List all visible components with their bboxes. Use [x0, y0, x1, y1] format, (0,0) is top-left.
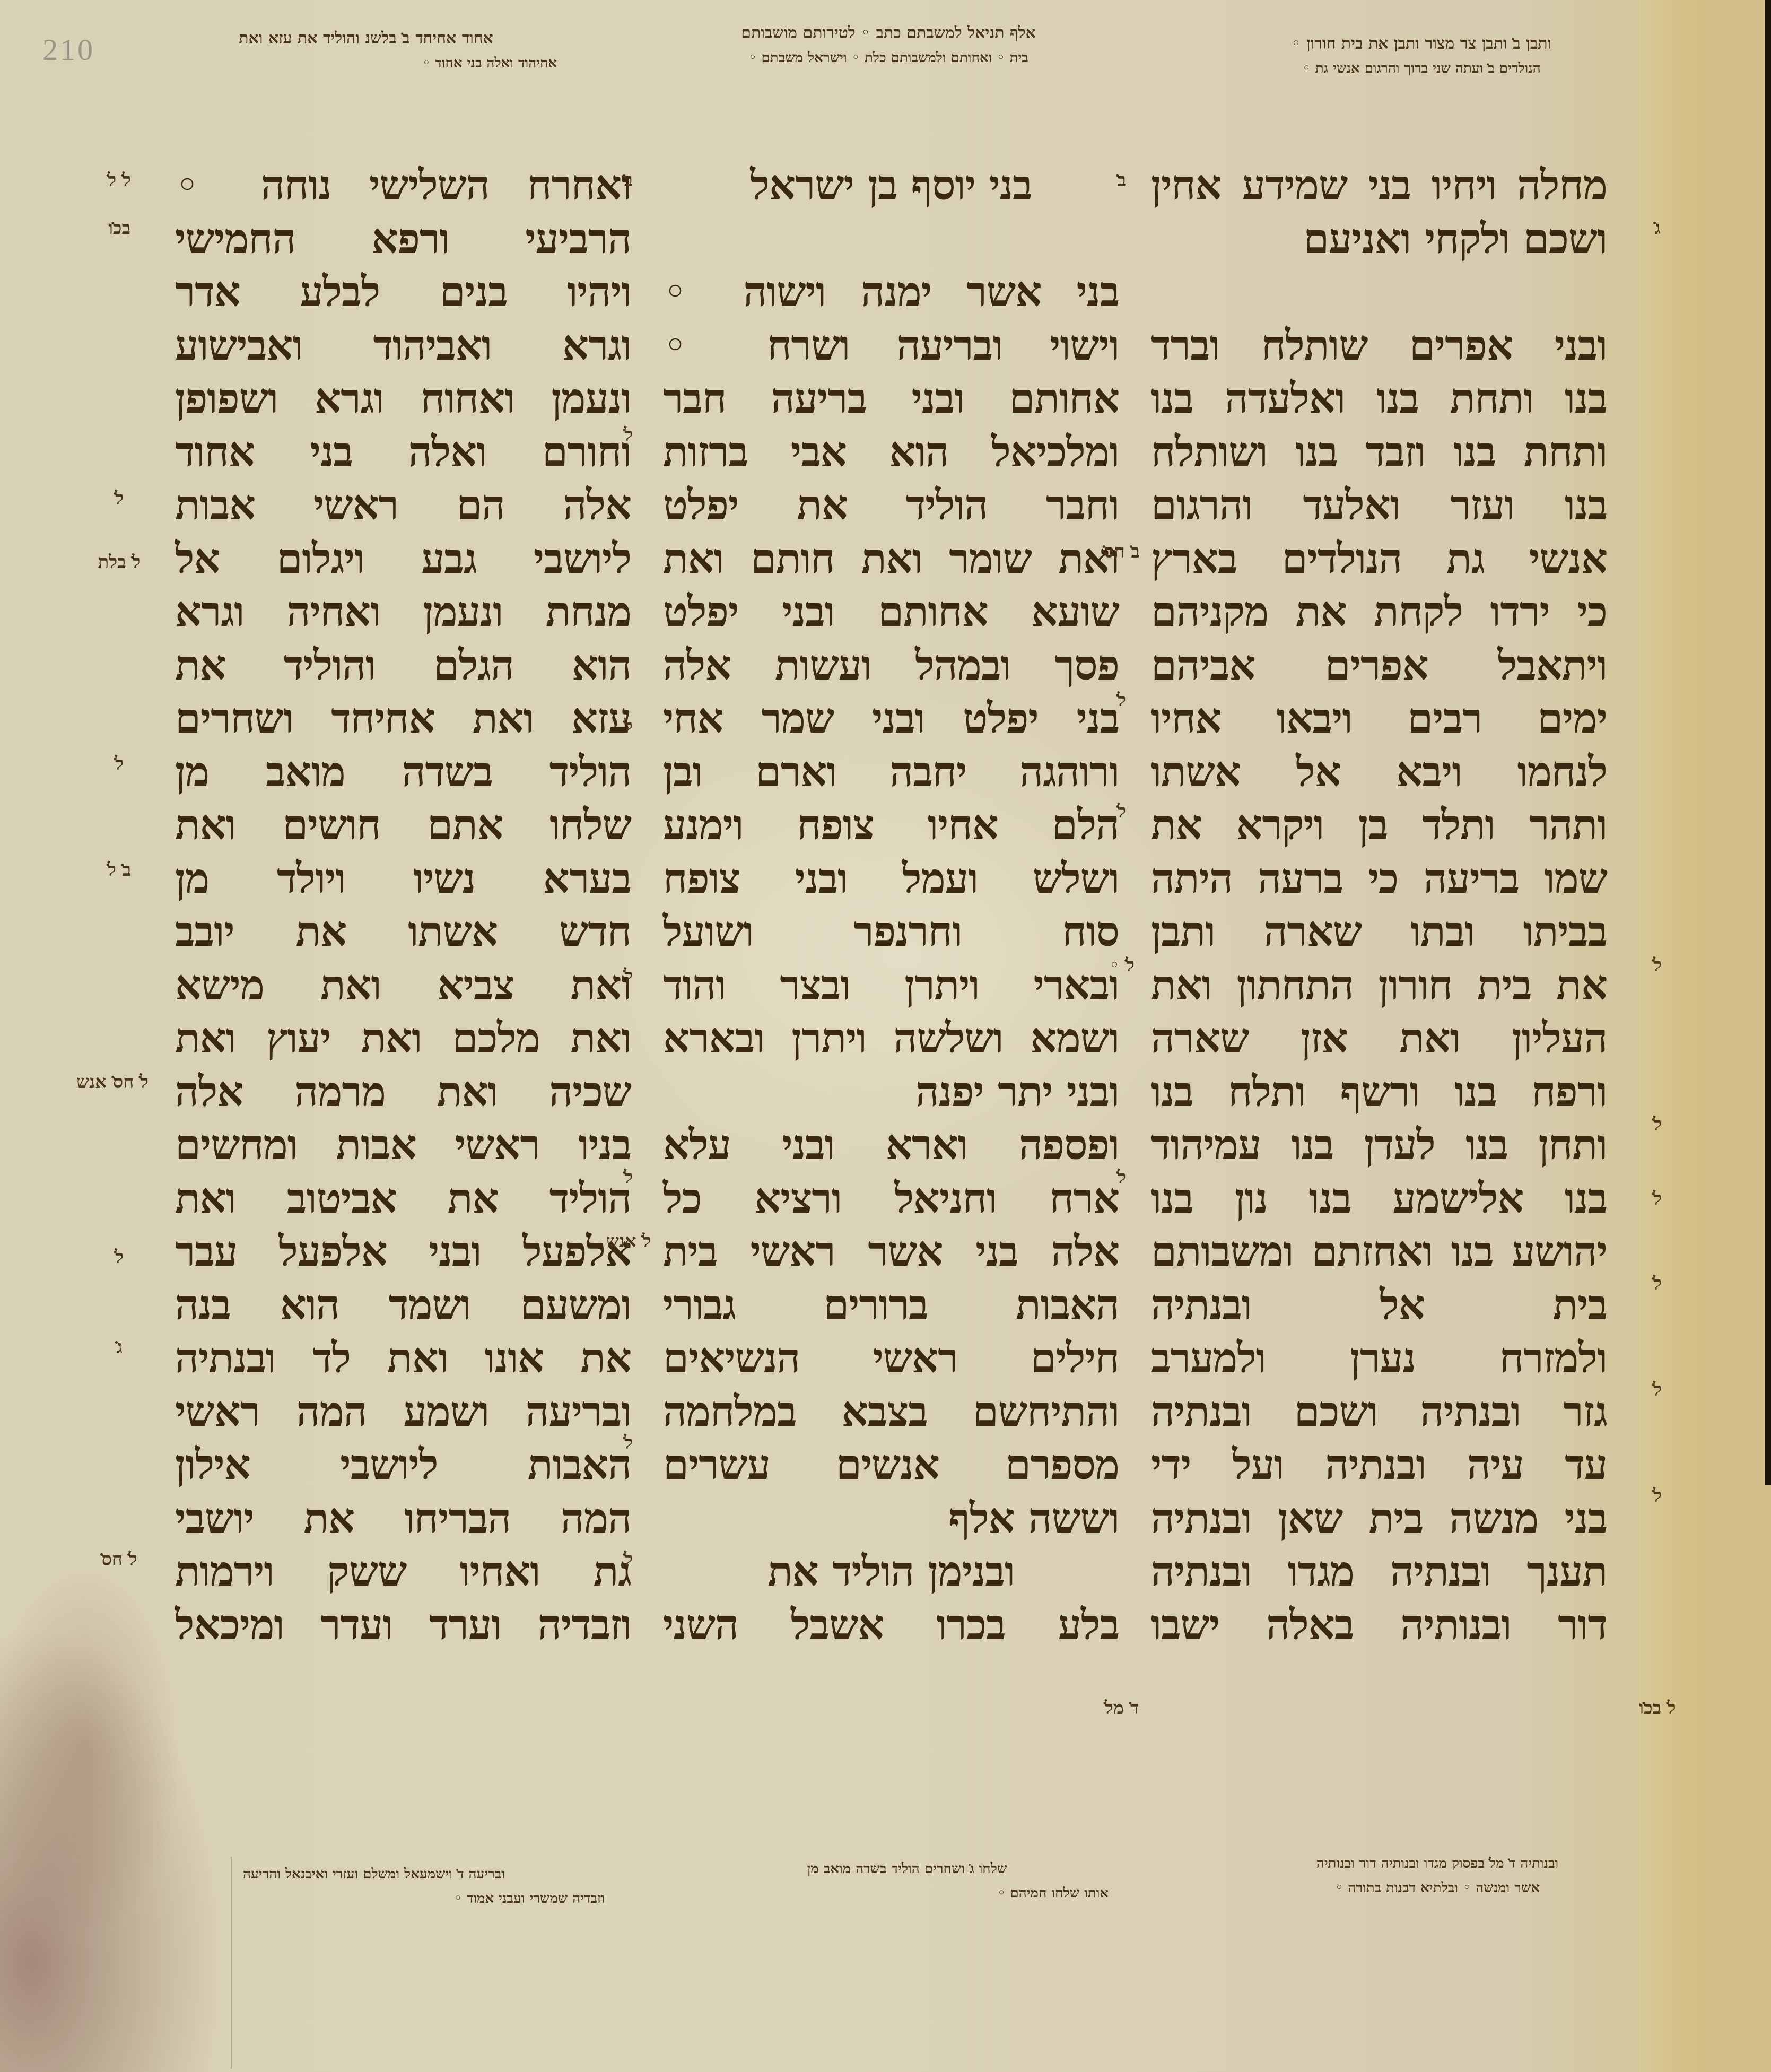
text-line: ומלכיאל הוא אבי ברזות	[663, 426, 1119, 480]
masorah-line: אחוד אחיחד ב̇ בלשנ והוליד את עזא ואת	[175, 27, 557, 51]
margin-note: ב̇	[599, 170, 658, 191]
text-line: ובריעה ושמע המה ראשי	[175, 1386, 631, 1439]
text-column-center: בני יוסף בן ישראל בני אשר ימנה וישוה ◦ ו…	[663, 159, 1119, 1652]
margin-note: ל̇	[90, 488, 149, 509]
text-line: ופספה וארא ובני עלא	[663, 1119, 1119, 1172]
text-line: ויתאבל אפרים אביהם	[1151, 639, 1607, 693]
margin-note: ל̇	[599, 965, 658, 987]
text-line: דור ובנותיה באלה ישבו	[1151, 1599, 1607, 1652]
text-column-right: מחלה ויחיו בני שמידע אחין ושכם ולקחי ואנ…	[1151, 159, 1607, 1652]
text-line: בנו אלישמע בנו נון בנו	[1151, 1172, 1607, 1226]
text-line: המה הבריחו את יושבי	[175, 1492, 631, 1546]
text-line: ליושבי גבע ויגלום אל	[175, 533, 631, 586]
text-line: ובני יתר יפנה	[663, 1066, 1119, 1119]
text-line: מחלה ויחיו בני שמידע אחין	[1151, 159, 1607, 213]
text-line: כי ירדו לקחת את מקניהם	[1151, 586, 1607, 639]
text-line: יהושע בנו ואחזתם ומשבותם	[1151, 1225, 1607, 1279]
text-line: ואת שומר ואת חותם ואת	[663, 533, 1119, 586]
margin-note: ל̇	[599, 1167, 658, 1188]
margin-notes-between-right-center: ב̇ ב̇ חס̇ ל̇ ל̇ ל̇ ◦ ל̇ ד̇ מל̇	[1093, 159, 1151, 1751]
text-line: וחורם ואלה בני אחוד	[175, 426, 631, 480]
text-line: חדש אשתו את יובב	[175, 906, 631, 959]
text-line: וששה אלף	[663, 1492, 1119, 1546]
margin-note: ל̇	[1628, 1188, 1687, 1209]
text-line: ימים רבים ויבאו אחיו	[1151, 692, 1607, 746]
text-line: העליון ואת אזן שארה	[1151, 1012, 1607, 1066]
text-line: ושלש ועמל ובני צופח	[663, 852, 1119, 906]
text-line: ורוהגה יחבה וארם ובן	[663, 746, 1119, 799]
folio-number: 210	[42, 32, 95, 67]
text-line: אלה הם ראשי אבות	[175, 479, 631, 533]
text-line: והתיחשם בצבא במלחמה	[663, 1386, 1119, 1439]
masorah-line: הנולדים ב̇ ועתה שני ברוך והרגום אנשי גת …	[1215, 56, 1628, 81]
binding-edge	[1765, 0, 1771, 1485]
masorah-line: ותבן ב̇ ותבן צר מצור ותבן את בית חורון ◦	[1215, 32, 1628, 56]
text-line: אלפעל ובני אלפעל עבר	[175, 1225, 631, 1279]
masorah-line: בית ◦ ואחותם ולמשבותם כלת ◦ וישראל משבתם…	[658, 46, 1119, 70]
margin-note: ל̇ ◦	[1093, 955, 1151, 976]
text-line: בני יפלט ובני שמר אחי	[663, 692, 1119, 746]
text-line: הוא הגלם והוליד את	[175, 639, 631, 693]
text-line: שלחו אתם חושים ואת	[175, 799, 631, 852]
margin-note: ל̇	[599, 1549, 658, 1570]
text-line: את אונו ואת לד ובנתיה	[175, 1332, 631, 1386]
text-line: שועא אחותם ובני יפלט	[663, 586, 1119, 639]
text-column-left: ואחרח השלישי נוחה ◦ הרביעי ורפא החמישי ו…	[175, 159, 631, 1652]
margin-note: ל̇	[1628, 1273, 1687, 1294]
text-line: גת ואחיו ששק וירמות	[175, 1545, 631, 1599]
margin-note: ל̇	[599, 716, 658, 737]
masorah-line: שלחו ג̇ ושחרים הוליד בשדה מואב מן	[705, 1857, 1109, 1881]
masorah-top-left: אחוד אחיחד ב̇ בלשנ והוליד את עזא ואת אחי…	[175, 27, 557, 75]
text-line: שכיה ואת מרמה אלה	[175, 1066, 631, 1119]
text-line: גזר ובנתיה ושכם ובנתיה	[1151, 1386, 1607, 1439]
masorah-line: אשר ומנשה ◦ ובלתיא דבנות בתורה ◦	[1246, 1876, 1628, 1900]
margin-note: ל̇ חס̇ אנש	[90, 1072, 149, 1093]
margin-note: ד̇ מל̇	[1093, 1697, 1151, 1719]
text-line: וישוי ובריעה ושרח ◦	[663, 319, 1119, 373]
text-line: בית אל ובנתיה	[1151, 1279, 1607, 1333]
text-line: מספרם אנשים עשרים	[663, 1439, 1119, 1492]
margin-note: ל̇	[1628, 1114, 1687, 1135]
margin-note: בכ̇ו	[90, 217, 149, 239]
text-line: ורפח בנו ורשף ותלח בנו	[1151, 1066, 1607, 1119]
text-line: ותחן בנו לעדן בנו עמיהוד	[1151, 1119, 1607, 1172]
text-line: עזא ואת אחיחד ושחרים	[175, 692, 631, 746]
margin-notes-between-center-left: ב̇ ל̇ ל̇ ל̇ ל̇ ל̇ אנש ל̇ ל̇	[599, 159, 658, 1751]
text-line: מנחת ונעמן ואחיה וגרא	[175, 586, 631, 639]
margin-note: ג̇	[90, 1337, 149, 1358]
text-line: ובנימן הוליד את	[663, 1545, 1119, 1599]
text-line: הוליד את אביטוב ואת	[175, 1172, 631, 1226]
text-line: תענך ובנתיה מגדו ובנתיה	[1151, 1545, 1607, 1599]
masorah-top-right: ותבן ב̇ ותבן צר מצור ותבן את בית חורון ◦…	[1215, 32, 1628, 81]
margin-note: ל̇	[1093, 801, 1151, 822]
margin-note: ב̇	[1093, 170, 1151, 191]
masorah-top-center: אלף תניאל למשבתם כתב ◦ לטירותם מושבותם ב…	[658, 21, 1119, 70]
masorah-line: וזבדיה שמשרי ועבני אמוד ◦	[143, 1886, 605, 1911]
text-line: הלם אחיו צופח וימנע	[663, 799, 1119, 852]
margin-note: ל̇	[90, 753, 149, 774]
text-line: ואחרח השלישי נוחה ◦	[175, 159, 631, 213]
text-line: בני אשר ימנה וישוה ◦	[663, 266, 1119, 319]
text-line: לנחמו ויבא אל אשתו	[1151, 746, 1607, 799]
margin-note: ל̇	[1093, 1167, 1151, 1188]
margin-note: ל̇	[90, 1247, 149, 1268]
text-line: שמו בריעה כי ברעה היתה	[1151, 852, 1607, 906]
margin-note: ל̇	[1093, 690, 1151, 711]
text-line: בני מנשה בית שאן ובנתיה	[1151, 1492, 1607, 1546]
text-line: וזבדיה וערד ועדר ומיכאל	[175, 1599, 631, 1652]
masorah-line: אחיהוד ואלה בני אחוד ◦	[175, 51, 557, 75]
text-line: אנשי גת הנולדים בארץ	[1151, 533, 1607, 586]
text-line: ואת מלכם ואת יעוץ ואת	[175, 1012, 631, 1066]
section-break	[663, 213, 1119, 266]
text-line: ולמזרח נערן ולמערב	[1151, 1332, 1607, 1386]
text-line: פסך ובמהל ועשות אלה	[663, 639, 1119, 693]
text-line: בני יוסף בן ישראל	[663, 159, 1119, 213]
margin-notes-left: ל̇ ל̇ בכ̇ו ל̇ ל̇ בלת ל̇ ב̇ ל̇ ל̇ חס̇ אנש…	[90, 159, 149, 1751]
masorah-line: ובנותיה ד̇ מל̇ בפסוק מגדו ובנותיה דור וב…	[1246, 1851, 1628, 1876]
text-line: ואת צביא ואת מישא	[175, 959, 631, 1013]
text-line: ובארי ויתרן ובצר והוד	[663, 959, 1119, 1013]
text-line: וגרא ואביהוד ואבישוע	[175, 319, 631, 373]
manuscript-page: 210 ותבן ב̇ ותבן צר מצור ותבן את בית חור…	[0, 0, 1771, 2072]
text-line: ארח וחניאל ורציא כל	[663, 1172, 1119, 1226]
margin-note: ל̇ בלת	[90, 552, 149, 573]
text-line: וחבר הוליד את יפלט	[663, 479, 1119, 533]
text-line: בנו ותחת בנו ואלעדה בנו	[1151, 372, 1607, 426]
ruling-line	[231, 1857, 232, 2069]
text-line: ובני אפרים שותלח וברד	[1151, 319, 1607, 373]
text-line: בנו ועזר ואלעד והרגום	[1151, 479, 1607, 533]
text-line: ויהיו בנים לבלע אדר	[175, 266, 631, 319]
margin-notes-right: ג̇ ל̇ ל̇ ל̇ ל̇ ל̇ ל̇ ל̇ בכ̇ו	[1628, 159, 1687, 1751]
text-line: את בית חורון התחתון ואת	[1151, 959, 1607, 1013]
margin-note: ב̇ ל̇	[90, 859, 149, 881]
masorah-line: ובריעה ד̇ וישמעאל ומשלם ועזרי ואיבנאל וה…	[143, 1862, 605, 1886]
text-line: בביתו ובתו שארה ותבן	[1151, 906, 1607, 959]
margin-note: ל̇	[599, 1432, 658, 1453]
text-line: בערא נשיו ויולד מן	[175, 852, 631, 906]
text-line: סוח וחרנפר ושועל	[663, 906, 1119, 959]
masorah-bottom-right: ובנותיה ד̇ מל̇ בפסוק מגדו ובנותיה דור וב…	[1246, 1851, 1628, 1900]
text-line: ומשעם ושמד הוא בנה	[175, 1279, 631, 1333]
margin-note: ל̇	[1628, 955, 1687, 976]
text-line: עד עיה ובנתיה ועל ידי	[1151, 1439, 1607, 1492]
margin-note: ל̇ ל̇	[90, 170, 149, 191]
text-line: הרביעי ורפא החמישי	[175, 213, 631, 266]
text-line: ושמא ושלשה ויתרן ובארא	[663, 1012, 1119, 1066]
text-line: בלע בכרו אשבל השני	[663, 1599, 1119, 1652]
masorah-line: אלף תניאל למשבתם כתב ◦ לטירותם מושבותם	[658, 21, 1119, 46]
masorah-bottom-center: שלחו ג̇ ושחרים הוליד בשדה מואב מן אותו ש…	[705, 1857, 1109, 1905]
section-break	[1151, 266, 1607, 319]
margin-note: ל̇	[599, 424, 658, 446]
text-line: ותהר ותלד בן ויקרא את	[1151, 799, 1607, 852]
masorah-line: אותו שלחו חמיהם ◦	[705, 1881, 1109, 1905]
text-line: ונעמן ואחוח וגרא ושפופן	[175, 372, 631, 426]
margin-note: ג̇	[1628, 217, 1687, 239]
text-line: ושכם ולקחי ואניעם	[1151, 213, 1607, 266]
text-line: אלה בני אשר ראשי בית	[663, 1225, 1119, 1279]
margin-note: ל̇ בכ̇ו	[1628, 1697, 1687, 1719]
text-line: בניו ראשי אבות ומחשים	[175, 1119, 631, 1172]
margin-note: ל̇	[1628, 1485, 1687, 1507]
margin-note: ל̇	[1628, 1379, 1687, 1400]
text-line: ותחת בנו וזבד בנו ושותלח	[1151, 426, 1607, 480]
text-line: הוליד בשדה מואב מן	[175, 746, 631, 799]
text-line: האבות ליושבי אילון	[175, 1439, 631, 1492]
masorah-bottom-left: ובריעה ד̇ וישמעאל ומשלם ועזרי ואיבנאל וה…	[143, 1862, 605, 1911]
text-line: האבות ברורים גבורי	[663, 1279, 1119, 1333]
margin-note: ל̇ חס̇	[90, 1549, 149, 1570]
margin-note: ל̇ אנש	[599, 1231, 658, 1252]
text-line: חילים ראשי הנשיאים	[663, 1332, 1119, 1386]
text-line: אחותם ובני בריעה חבר	[663, 372, 1119, 426]
margin-note: ב̇ חס̇	[1093, 541, 1151, 562]
